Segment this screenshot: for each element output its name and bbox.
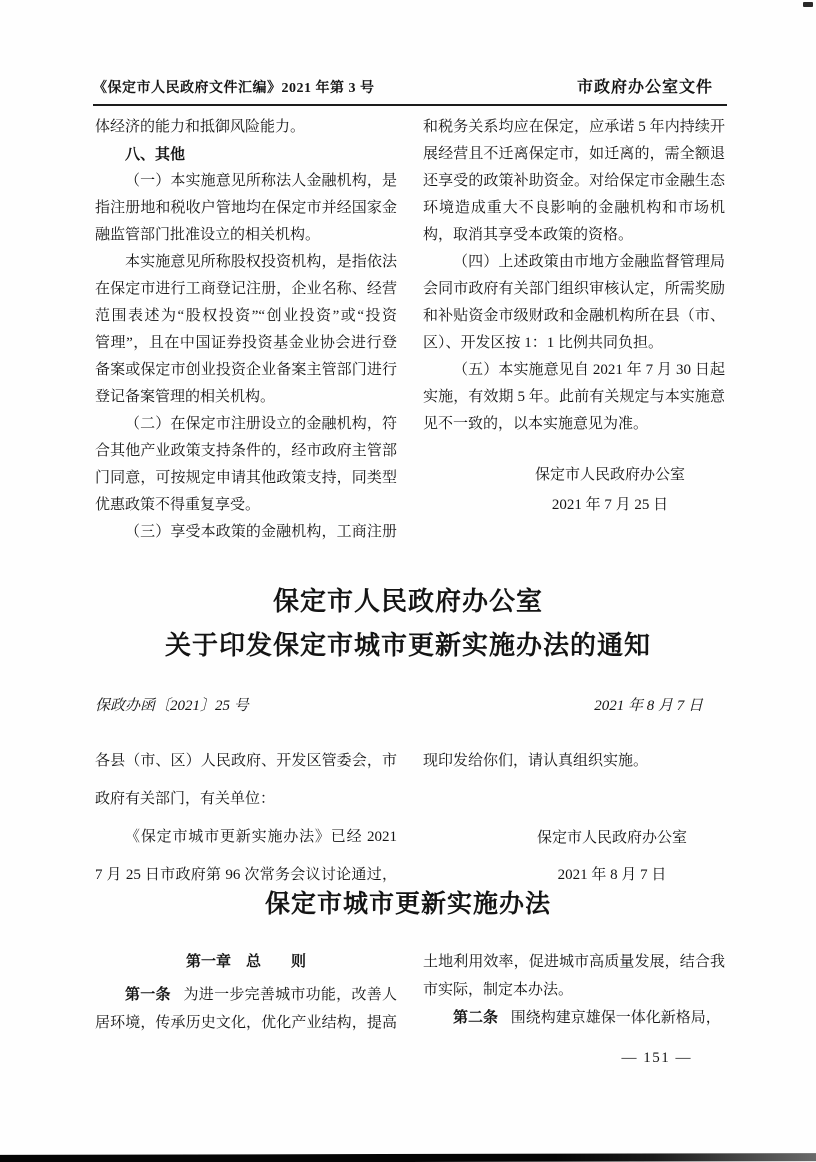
notice-title-line2: 关于印发保定市城市更新实施办法的通知 xyxy=(0,624,816,668)
notice-left-column: 各县（市、区）人民政府、开发区管委会，市 政府有关部门，有关单位： 《保定市城市… xyxy=(95,742,397,894)
scan-artifact-bottom-band xyxy=(0,1153,816,1162)
doc-number-row: 保政办函〔2021〕25 号 2021 年 8 月 7 日 xyxy=(95,694,725,715)
text-line: （五）本实施意见自 2021 年 7 月 30 日起 xyxy=(423,357,725,384)
scanned-document-page: 《保定市人民政府文件汇编》2021 年第 3 号 市政府办公室文件 体经济的能力… xyxy=(0,0,816,1162)
text-line: 指注册地和税收户管地均在保定市并经国家金 xyxy=(95,195,397,222)
text-line: 会同市政府有关部门组织审核认定，所需奖励 xyxy=(423,276,725,303)
text-line: 居环境，传承历史文化，优化产业结构，提高 xyxy=(95,1009,397,1037)
doc-date: 2021 年 8 月 7 日 xyxy=(594,694,725,715)
text-line: 实施，有效期 5 年。此前有关规定与本实施意 xyxy=(423,384,725,411)
text-line: 和补贴资金市级财政和金融机构所在县（市、 xyxy=(423,303,725,330)
doc1-signature-block: 保定市人民政府办公室 2021 年 7 月 25 日 xyxy=(423,460,725,520)
text-line: 备案或保定市创业投资企业备案主管部门进行 xyxy=(95,357,397,384)
text-line: 体经济的能力和抵御风险能力。 xyxy=(95,114,397,141)
text-line: 构，取消其享受本政策的资格。 xyxy=(423,222,725,249)
measures-title: 保定市城市更新实施办法 xyxy=(0,888,816,922)
text-line: 融监管部门批准设立的相关机构。 xyxy=(95,222,397,249)
measures-body: 第一章 总 则 第一条为进一步完善城市功能，改善人 居环境，传承历史文化，优化产… xyxy=(95,948,725,1037)
section-heading: 八、其他 xyxy=(95,141,397,168)
signature-date: 2021 年 7 月 25 日 xyxy=(495,490,725,520)
measures-right-column: 土地利用效率，促进城市高质量发展，结合我 市实际，制定本办法。 第二条围绕构建京… xyxy=(423,948,725,1037)
article-line: 第一条为进一步完善城市功能，改善人 xyxy=(95,981,397,1009)
doc1-left-column: 体经济的能力和抵御风险能力。 八、其他 （一）本实施意见所称法人金融机构，是 指… xyxy=(95,114,397,546)
text-line: 土地利用效率，促进城市高质量发展，结合我 xyxy=(423,948,725,976)
text-line: 合其他产业政策支持条件的，经市政府主管部 xyxy=(95,438,397,465)
text-line: 政府有关部门，有关单位： xyxy=(95,780,397,818)
text-line: （三）享受本政策的金融机构，工商注册 xyxy=(95,519,397,546)
doc1-body: 体经济的能力和抵御风险能力。 八、其他 （一）本实施意见所称法人金融机构，是 指… xyxy=(95,114,725,546)
notice-signature-block: 保定市人民政府办公室 2021 年 8 月 7 日 xyxy=(423,820,725,894)
document-category: 市政府办公室文件 xyxy=(577,74,727,97)
text-line: 范围表述为“股权投资”“创业投资”或“投资 xyxy=(95,303,397,330)
scan-artifact-speck xyxy=(803,2,813,7)
compilation-title: 《保定市人民政府文件汇编》2021 年第 3 号 xyxy=(93,77,375,97)
measures-left-column: 第一章 总 则 第一条为进一步完善城市功能，改善人 居环境，传承历史文化，优化产… xyxy=(95,948,397,1037)
article-line: 第二条围绕构建京雄保一体化新格局， xyxy=(423,1004,725,1032)
text-line: 和税务关系均应在保定，应承诺 5 年内持续开 xyxy=(423,114,725,141)
article-text: 围绕构建京雄保一体化新格局， xyxy=(511,1010,721,1026)
text-line: 还享受的政策补助资金。对给保定市金融生态 xyxy=(423,168,725,195)
article-label: 第一条 xyxy=(125,986,171,1003)
text-line: 登记备案管理的相关机构。 xyxy=(95,384,397,411)
notice-body: 各县（市、区）人民政府、开发区管委会，市 政府有关部门，有关单位： 《保定市城市… xyxy=(95,742,725,894)
article-label: 第二条 xyxy=(453,1009,498,1026)
text-line: 优惠政策不得重复享受。 xyxy=(95,492,397,519)
text-line: 环境造成重大不良影响的金融机构和市场机 xyxy=(423,195,725,222)
signature-org: 保定市人民政府办公室 xyxy=(499,820,725,857)
text-line: 区）、开发区按 1：1 比例共同负担。 xyxy=(423,330,725,357)
article-text: 为进一步完善城市功能，改善人 xyxy=(184,987,397,1003)
text-line: 现印发给你们，请认真组织实施。 xyxy=(423,742,725,780)
doc-number: 保政办函〔2021〕25 号 xyxy=(95,694,249,715)
page-number: — 151 — xyxy=(622,1050,693,1067)
signature-org: 保定市人民政府办公室 xyxy=(495,460,725,490)
notice-title: 保定市人民政府办公室 关于印发保定市城市更新实施办法的通知 xyxy=(0,580,816,668)
doc1-right-column: 和税务关系均应在保定，应承诺 5 年内持续开 展经营且不迁离保定市，如迁离的，需… xyxy=(423,114,725,546)
text-line: （一）本实施意见所称法人金融机构，是 xyxy=(95,168,397,195)
text-line: 各县（市、区）人民政府、开发区管委会，市 xyxy=(95,742,397,780)
page-header: 《保定市人民政府文件汇编》2021 年第 3 号 市政府办公室文件 xyxy=(93,74,727,106)
chapter-heading: 第一章 总 则 xyxy=(95,948,397,976)
text-line: （四）上述政策由市地方金融监督管理局 xyxy=(423,249,725,276)
text-line: 门同意，可按规定申请其他政策支持，同类型 xyxy=(95,465,397,492)
text-line: 市实际，制定本办法。 xyxy=(423,976,725,1004)
notice-right-column: 现印发给你们，请认真组织实施。 保定市人民政府办公室 2021 年 8 月 7 … xyxy=(423,742,725,894)
notice-title-line1: 保定市人民政府办公室 xyxy=(0,580,816,624)
text-line: 见不一致的，以本实施意见为准。 xyxy=(423,411,725,438)
text-line: 本实施意见所称股权投资机构，是指依法 xyxy=(95,249,397,276)
text-line: 在保定市进行工商登记注册，企业名称、经营 xyxy=(95,276,397,303)
text-line: 《保定市城市更新实施办法》已经 2021 年 xyxy=(95,818,397,856)
text-line: 管理”，且在中国证券投资基金业协会进行登记 xyxy=(95,330,397,357)
text-line: 展经营且不迁离保定市，如迁离的，需全额退 xyxy=(423,141,725,168)
text-line: （二）在保定市注册设立的金融机构，符 xyxy=(95,411,397,438)
